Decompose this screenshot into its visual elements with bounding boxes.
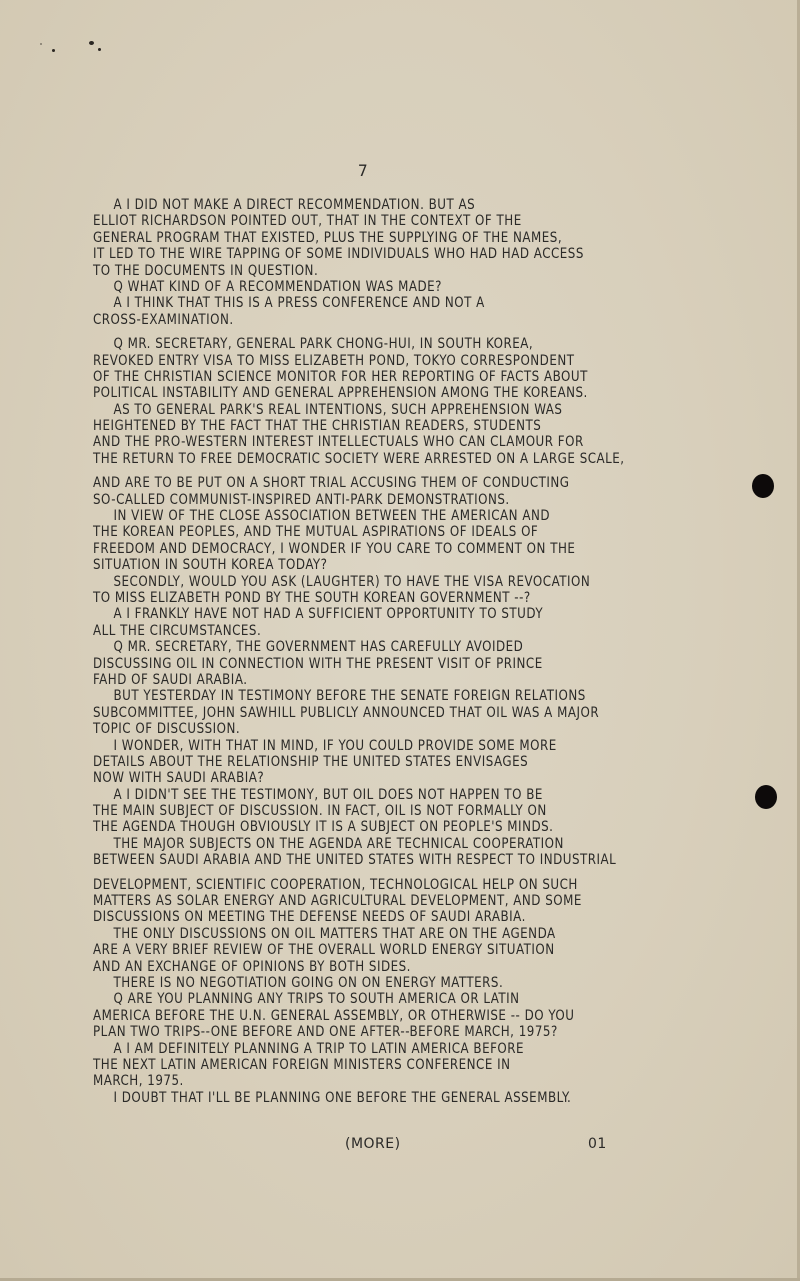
text-line: BUT YESTERDAY IN TESTIMONY BEFORE THE SE… [93, 688, 744, 704]
text-line: I DOUBT THAT I'LL BE PLANNING ONE BEFORE… [93, 1090, 744, 1106]
text-line: NOW WITH SAUDI ARABIA? [93, 770, 744, 786]
text-line: THE NEXT LATIN AMERICAN FOREIGN MINISTER… [93, 1057, 744, 1073]
text-line: DISCUSSIONS ON MEETING THE DEFENSE NEEDS… [93, 909, 744, 925]
text-line: THE MAJOR SUBJECTS ON THE AGENDA ARE TEC… [93, 836, 744, 852]
text-line: THERE IS NO NEGOTIATION GOING ON ON ENER… [93, 975, 744, 991]
text-line: Q MR. SECRETARY, THE GOVERNMENT HAS CARE… [93, 639, 744, 655]
text-line: Q MR. SECRETARY, GENERAL PARK CHONG-HUI,… [93, 336, 744, 352]
text-line: TO THE DOCUMENTS IN QUESTION. [93, 263, 744, 279]
text-line: AND AN EXCHANGE OF OPINIONS BY BOTH SIDE… [93, 959, 744, 975]
text-line: DISCUSSING OIL IN CONNECTION WITH THE PR… [93, 656, 744, 672]
text-line: IT LED TO THE WIRE TAPPING OF SOME INDIV… [93, 246, 744, 262]
text-line: THE RETURN TO FREE DEMOCRATIC SOCIETY WE… [93, 451, 744, 467]
text-line: TOPIC OF DISCUSSION. [93, 721, 744, 737]
text-line: THE AGENDA THOUGH OBVIOUSLY IT IS A SUBJ… [93, 819, 744, 835]
text-line: REVOKED ENTRY VISA TO MISS ELIZABETH PON… [93, 353, 744, 369]
text-line: AND ARE TO BE PUT ON A SHORT TRIAL ACCUS… [93, 475, 744, 491]
text-line: AS TO GENERAL PARK'S REAL INTENTIONS, SU… [93, 402, 744, 418]
text-line: A I THINK THAT THIS IS A PRESS CONFERENC… [93, 295, 744, 311]
paragraph-gap [93, 869, 744, 877]
text-line: ARE A VERY BRIEF REVIEW OF THE OVERALL W… [93, 942, 744, 958]
text-line: Q WHAT KIND OF A RECOMMENDATION WAS MADE… [93, 279, 744, 295]
text-line: OF THE CHRISTIAN SCIENCE MONITOR FOR HER… [93, 369, 744, 385]
text-line: A I FRANKLY HAVE NOT HAD A SUFFICIENT OP… [93, 606, 744, 622]
paper-speck [40, 43, 42, 45]
paper-page: 7 A I DID NOT MAKE A DIRECT RECOMMENDATI… [0, 0, 800, 1281]
text-line: SECONDLY, WOULD YOU ASK (LAUGHTER) TO HA… [93, 574, 744, 590]
text-line: IN VIEW OF THE CLOSE ASSOCIATION BETWEEN… [93, 508, 744, 524]
text-line: SITUATION IN SOUTH KOREA TODAY? [93, 557, 744, 573]
text-line: Q ARE YOU PLANNING ANY TRIPS TO SOUTH AM… [93, 991, 744, 1007]
text-line: TO MISS ELIZABETH POND BY THE SOUTH KORE… [93, 590, 744, 606]
text-line: HEIGHTENED BY THE FACT THAT THE CHRISTIA… [93, 418, 744, 434]
text-line: AND THE PRO-WESTERN INTEREST INTELLECTUA… [93, 434, 744, 450]
text-line: FREEDOM AND DEMOCRACY, I WONDER IF YOU C… [93, 541, 744, 557]
text-line: A I DID NOT MAKE A DIRECT RECOMMENDATION… [93, 197, 744, 213]
transcript-body: A I DID NOT MAKE A DIRECT RECOMMENDATION… [93, 197, 744, 1106]
paper-speck [52, 49, 55, 52]
page-code: 01 [588, 1136, 607, 1152]
text-line: GENERAL PROGRAM THAT EXISTED, PLUS THE S… [93, 230, 744, 246]
text-line: A I AM DEFINITELY PLANNING A TRIP TO LAT… [93, 1041, 744, 1057]
continuation-marker: (MORE) [345, 1136, 401, 1152]
paper-speck [89, 41, 94, 45]
text-line: AMERICA BEFORE THE U.N. GENERAL ASSEMBLY… [93, 1008, 744, 1024]
paragraph-gap [93, 467, 744, 475]
text-line: DETAILS ABOUT THE RELATIONSHIP THE UNITE… [93, 754, 744, 770]
text-line: DEVELOPMENT, SCIENTIFIC COOPERATION, TEC… [93, 877, 744, 893]
text-line: POLITICAL INSTABILITY AND GENERAL APPREH… [93, 385, 744, 401]
text-line: CROSS-EXAMINATION. [93, 312, 744, 328]
paper-speck [98, 48, 101, 51]
text-line: FAHD OF SAUDI ARABIA. [93, 672, 744, 688]
text-line: ALL THE CIRCUMSTANCES. [93, 623, 744, 639]
text-line: THE ONLY DISCUSSIONS ON OIL MATTERS THAT… [93, 926, 744, 942]
text-line: MARCH, 1975. [93, 1073, 744, 1089]
text-line: I WONDER, WITH THAT IN MIND, IF YOU COUL… [93, 738, 744, 754]
text-line: PLAN TWO TRIPS--ONE BEFORE AND ONE AFTER… [93, 1024, 744, 1040]
text-line: MATTERS AS SOLAR ENERGY AND AGRICULTURAL… [93, 893, 744, 909]
paragraph-gap [93, 328, 744, 336]
text-line: BETWEEN SAUDI ARABIA AND THE UNITED STAT… [93, 852, 744, 868]
text-line: SO-CALLED COMMUNIST-INSPIRED ANTI-PARK D… [93, 492, 744, 508]
page-number: 7 [358, 161, 369, 180]
text-line: A I DIDN'T SEE THE TESTIMONY, BUT OIL DO… [93, 787, 744, 803]
text-line: THE MAIN SUBJECT OF DISCUSSION. IN FACT,… [93, 803, 744, 819]
text-line: THE KOREAN PEOPLES, AND THE MUTUAL ASPIR… [93, 524, 744, 540]
hole-punch-top [752, 474, 774, 498]
text-line: SUBCOMMITTEE, JOHN SAWHILL PUBLICLY ANNO… [93, 705, 744, 721]
hole-punch-bottom [755, 785, 777, 809]
text-line: ELLIOT RICHARDSON POINTED OUT, THAT IN T… [93, 213, 744, 229]
